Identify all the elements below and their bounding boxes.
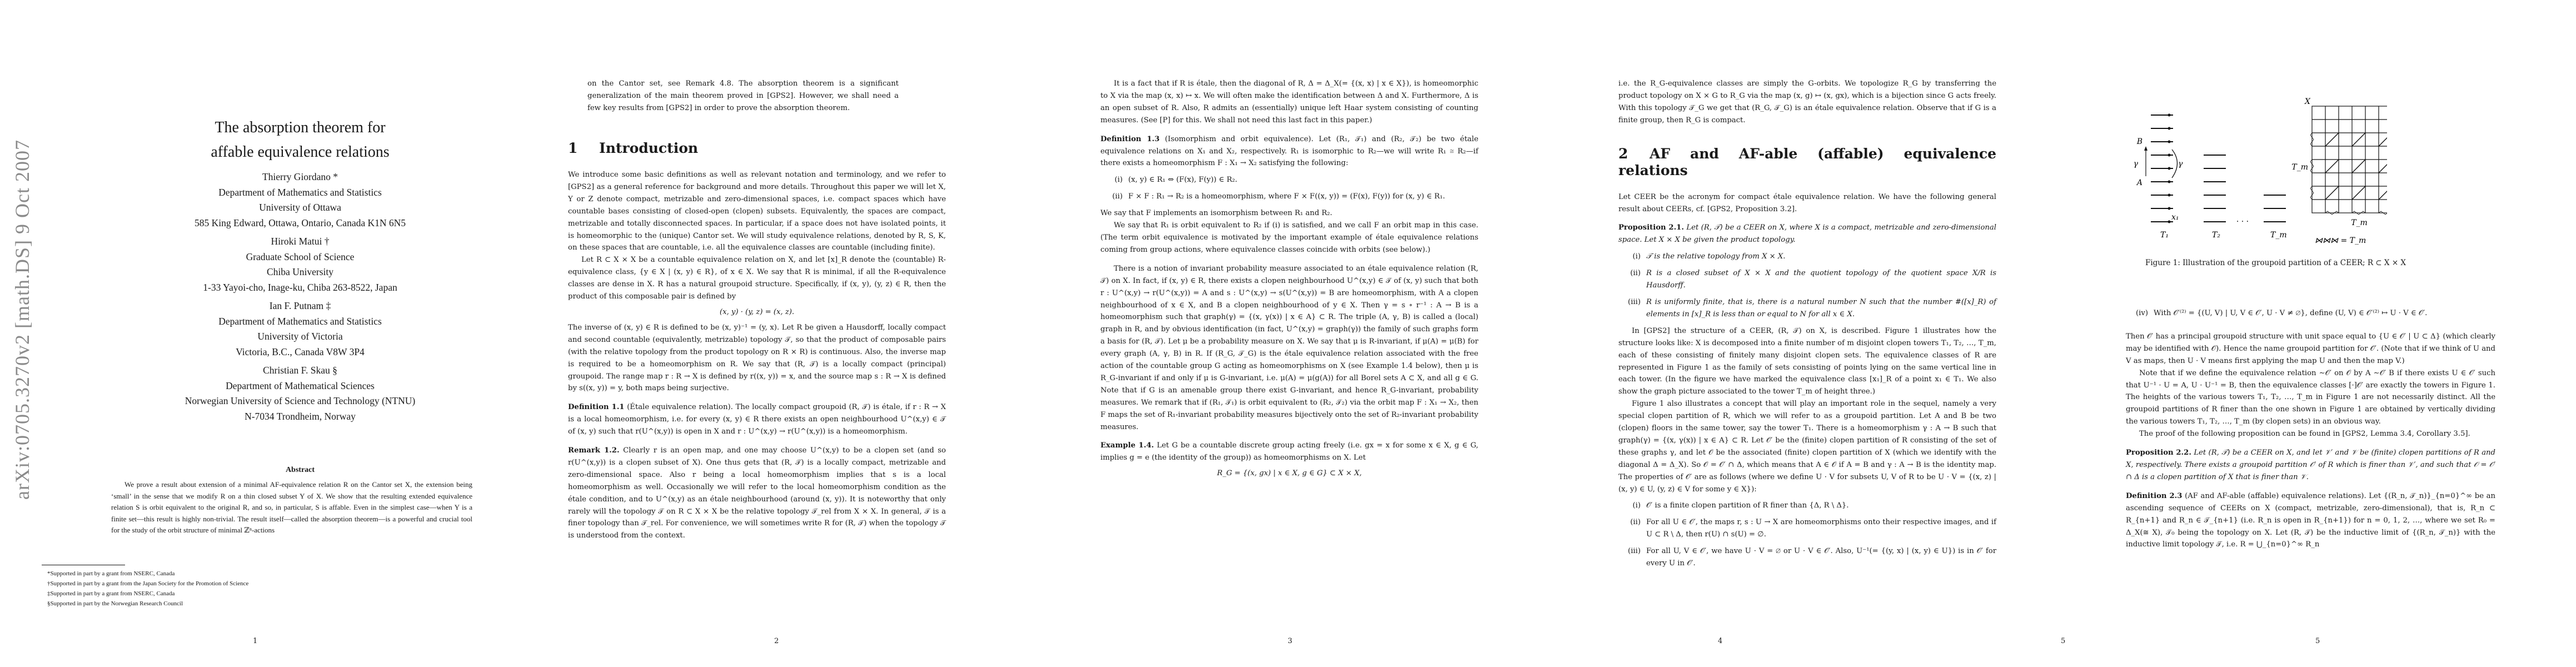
list-item: (ii)F × F : R₁ → R₂ is a homeomorphism, … [1100, 191, 1478, 203]
definition-label: Definition 1.3 [1100, 135, 1159, 143]
tm-markers [2310, 133, 2387, 215]
item-text: F × F : R₁ → R₂ is a homeomorphism, wher… [1128, 191, 1478, 203]
footnote: *Supported in part by a grant from NSERC… [47, 569, 248, 579]
paragraph: Then 𝒪′ has a principal groupoid structu… [2126, 331, 2495, 367]
footnote: §Supported in part by the Norwegian Rese… [47, 599, 248, 609]
affiliation-line: 585 King Edward, Ottawa, Ontario, Canada… [67, 216, 534, 231]
page-2: on the Cantor set, see Remark 4.8. The a… [515, 0, 1030, 667]
page-number: 5 [2061, 637, 2065, 645]
author-block: Thierry Giordano * Department of Mathema… [67, 170, 534, 231]
tower-t2 [2204, 155, 2226, 222]
paper-title: The absorption theorem for affable equiv… [111, 116, 489, 165]
proposition-2-2: Proposition 2.2. Let (R, 𝒯) be a CEER on… [2126, 447, 2495, 484]
label-x1: x₁ [2171, 213, 2179, 222]
footnote-rule [42, 565, 125, 565]
title-line-1: The absorption theorem for [111, 116, 489, 140]
paragraph: We say that F implements an isomorphism … [1100, 207, 1478, 220]
page-3: It is a fact that if R is étale, then th… [1030, 0, 1546, 667]
affiliation-line: Chiba University [67, 265, 534, 280]
item-label: (i) [1618, 251, 1646, 263]
item-label: (ii) [1618, 516, 1646, 541]
definition-label: Definition 2.3 [2126, 492, 2182, 500]
item-label: (iii) [1618, 296, 1646, 321]
remark-label: Remark 1.2. [568, 446, 620, 455]
definition-text: The locally compact groupoid (R, 𝒯) is é… [568, 403, 946, 436]
title-line-2: affable equivalence relations [111, 140, 489, 165]
tower-tm [2264, 195, 2286, 222]
author-name: Thierry Giordano * [67, 170, 534, 185]
affiliation-line: Graduate School of Science [67, 250, 534, 265]
section-number: 2 [1618, 146, 1650, 162]
paragraph: In [GPS2] the structure of a CEER, (R, 𝒯… [1618, 325, 1996, 398]
ellipsis: · · · [2236, 217, 2249, 226]
example-label: Example 1.4. [1100, 441, 1154, 450]
remark-text: Clearly r is an open map, and one may ch… [568, 446, 946, 540]
page-number: 4 [1718, 637, 1722, 645]
definition-title: (Isomorphism and orbit equivalence). [1165, 135, 1313, 143]
section-number: 1 [568, 140, 599, 157]
affiliation-line: Victoria, B.C., Canada V8W 3P4 [67, 345, 534, 360]
author-name: Hiroki Matui † [67, 234, 534, 250]
definition-label: Definition 1.1 [568, 403, 624, 411]
proposition-2-1: Proposition 2.1. Let (R, 𝒯) be a CEER on… [1618, 222, 1996, 246]
author-block: Ian F. Putnam ‡ Department of Mathematic… [67, 298, 534, 360]
graph-diagonals [2325, 133, 2387, 200]
list-item: (ii)R is a closed subset of X × X and th… [1618, 267, 1996, 292]
proposition-label: Proposition 2.1. [1618, 223, 1684, 232]
list-item: (ii)For all U ∈ 𝒪′, the maps r, s : U → … [1618, 516, 1996, 541]
section-heading: 2AF and AF-able (affable) equivalence re… [1618, 146, 1996, 179]
affiliation-line: N-7034 Trondheim, Norway [67, 409, 534, 425]
definition-text: Let {(R_n, 𝒯_n)}_{n=0}^∞ be an ascending… [2126, 492, 2495, 549]
item-text: (x, y) ∈ R₁ ⇔ (F(x), F(y)) ∈ R₂. [1128, 174, 1478, 186]
item-label: (iv) [2126, 307, 2154, 320]
section-heading: 1Introduction [568, 140, 946, 157]
equation: R_G = {(x, gx) | x ∈ X, g ∈ G} ⊂ X × X, [1100, 467, 1478, 480]
label-a: A [2136, 178, 2142, 187]
abstract-continuation-block: on the Cantor set, see Remark 4.8. The a… [587, 78, 899, 115]
author-list: Thierry Giordano * Department of Mathema… [67, 170, 534, 427]
list-item: (i)𝒪′ is a finite clopen partition of R … [1618, 500, 1996, 512]
paragraph: The inverse of (x, y) ∈ R is defined to … [568, 322, 946, 395]
footnote: †Supported in part by a grant from the J… [47, 579, 248, 589]
item-label: (i) [1618, 500, 1646, 512]
list-item: (iv)With 𝒪′⁽²⁾ = {(U, V) | U, V ∈ 𝒪′, U … [2126, 307, 2495, 320]
list-item: (iii)For all U, V ∈ 𝒪′, we have U · V = … [1618, 545, 1996, 570]
proposition-label: Proposition 2.2. [2126, 449, 2191, 457]
abstract-continuation: on the Cantor set, see Remark 4.8. The a… [587, 78, 899, 115]
paragraph: Let R ⊂ X × X be a countable equivalence… [568, 254, 946, 303]
example-1-4: Example 1.4. Let G be a countable discre… [1100, 440, 1478, 464]
abstract-text: We prove a result about extension of a m… [111, 479, 472, 536]
item-label: (iii) [1618, 545, 1646, 570]
definition-2-3: Definition 2.3 (AF and AF-able (affable)… [2126, 490, 2495, 551]
main-column: 1Introduction We introduce some basic de… [568, 121, 946, 542]
page-number: 5 [2315, 637, 2320, 645]
figure-caption: Figure 1: Illustration of the groupoid p… [2145, 258, 2406, 267]
remark-1-2: Remark 1.2. Clearly r is an open map, an… [568, 445, 946, 542]
definition-title: (AF and AF-able (affable) equivalence re… [2185, 492, 2366, 500]
page-number: 3 [1288, 637, 1292, 645]
figure-legend: ⋈⋈⋈ = T_m [2315, 236, 2366, 245]
definition-title: (Étale equivalence relation). [627, 403, 733, 411]
paragraph: We say that R₁ is orbit equivalent to R₂… [1100, 220, 1478, 256]
paragraph: Let CEER be the acronym for compact étal… [1618, 191, 1996, 216]
grid-label-tm-bottom: T_m [2351, 218, 2368, 227]
example-text: Let G be a countable discrete group acti… [1100, 441, 1478, 462]
arxiv-stamp: arXiv:0705.3270v2 [math.DS] 9 Oct 2007 [6, 83, 39, 556]
abstract-heading: Abstract [67, 466, 534, 475]
tower-label-tm: T_m [2270, 231, 2287, 240]
label-gamma-left: γ [2134, 160, 2139, 168]
affiliation-line: University of Victoria [67, 329, 534, 345]
item-label: (i) [1100, 174, 1128, 186]
affiliation-line: Department of Mathematics and Statistics [67, 185, 534, 201]
list-item: (iii)R is uniformly finite, that is, the… [1618, 296, 1996, 321]
main-column: It is a fact that if R is étale, then th… [1100, 78, 1478, 483]
paragraph: Note that if we define the equivalence r… [2126, 367, 2495, 429]
paragraph: There is a notion of invariant probabili… [1100, 263, 1478, 434]
affiliation-line: Department of Mathematics and Statistics [67, 314, 534, 330]
item-label: (ii) [1618, 267, 1646, 292]
paragraph: We introduce some basic definitions as w… [568, 169, 946, 254]
affiliation-line: 1-33 Yayoi-cho, Inage-ku, Chiba 263-8522… [67, 280, 534, 296]
section-title: Introduction [599, 140, 698, 156]
affiliation-line: Department of Mathematical Sciences [67, 379, 534, 394]
relation-grid [2312, 106, 2387, 213]
figure-1-groupoid-partition: B A γ γ x₁ · · · T₁ T₂ T_m X X T_m T_m ⋈ [2120, 81, 2387, 264]
definition-1-3: Definition 1.3 (Isomorphism and orbit eq… [1100, 133, 1478, 170]
page-4: i.e. the R_G-equivalence classes are sim… [1546, 0, 2061, 667]
paragraph: Figure 1 also illustrates a concept that… [1618, 398, 1996, 495]
item-text: 𝒪′ is a finite clopen partition of R fin… [1646, 500, 1996, 512]
gamma-curve [2172, 150, 2178, 178]
arxiv-stamp-text: arXiv:0705.3270v2 [math.DS] 9 Oct 2007 [11, 140, 34, 500]
paragraph: It is a fact that if R is étale, then th… [1100, 78, 1478, 127]
item-text: R is uniformly finite, that is, there is… [1646, 296, 1996, 321]
page-number: 1 [253, 637, 257, 645]
main-column: i.e. the R_G-equivalence classes are sim… [1618, 78, 1996, 574]
grid-label-tm-left: T_m [2291, 163, 2308, 172]
item-text: 𝒯 is the relative topology from X × X. [1646, 251, 1996, 263]
label-b: B [2136, 137, 2142, 146]
page-5-column: (iv)With 𝒪′⁽²⁾ = {(U, V) | U, V ∈ 𝒪′, U … [2126, 303, 2495, 551]
list-item: (i)𝒯 is the relative topology from X × X… [1618, 251, 1996, 263]
equation: (x, y) · (y, z) = (x, z). [568, 306, 946, 318]
item-label: (ii) [1100, 191, 1128, 203]
item-text: With 𝒪′⁽²⁾ = {(U, V) | U, V ∈ 𝒪′, U · V … [2154, 307, 2495, 320]
tower-label-t2: T₂ [2212, 231, 2220, 240]
footnotes: *Supported in part by a grant from NSERC… [47, 569, 248, 609]
author-block: Christian F. Skau § Department of Mathem… [67, 363, 534, 424]
section-title: AF and AF-able (affable) equivalence rel… [1618, 146, 1996, 178]
list-item: (i)(x, y) ∈ R₁ ⇔ (F(x), F(y)) ∈ R₂. [1100, 174, 1478, 186]
item-text: For all U, V ∈ 𝒪′, we have U · V = ∅ or … [1646, 545, 1996, 570]
axis-label-y: X [2304, 97, 2311, 106]
page-1: arXiv:0705.3270v2 [math.DS] 9 Oct 2007 T… [0, 0, 515, 667]
author-block: Hiroki Matui † Graduate School of Scienc… [67, 234, 534, 295]
paragraph: The proof of the following proposition c… [2126, 428, 2495, 440]
definition-1-1: Definition 1.1 (Étale equivalence relati… [568, 401, 946, 438]
author-name: Ian F. Putnam ‡ [67, 298, 534, 314]
label-gamma-right: γ [2178, 160, 2183, 168]
item-text: R is a closed subset of X × X and the qu… [1646, 267, 1996, 292]
page-number: 2 [774, 637, 779, 645]
author-name: Christian F. Skau § [67, 363, 534, 379]
equivalence-class-dots [2168, 114, 2171, 223]
affiliation-line: Norwegian University of Science and Tech… [67, 394, 534, 409]
paragraph: i.e. the R_G-equivalence classes are sim… [1618, 78, 1996, 127]
item-text: For all U ∈ 𝒪′, the maps r, s : U → X ar… [1646, 516, 1996, 541]
tower-label-t1: T₁ [2160, 231, 2169, 240]
affiliation-line: University of Ottawa [67, 200, 534, 216]
footnote: ‡Supported in part by a grant from NSERC… [47, 589, 248, 599]
